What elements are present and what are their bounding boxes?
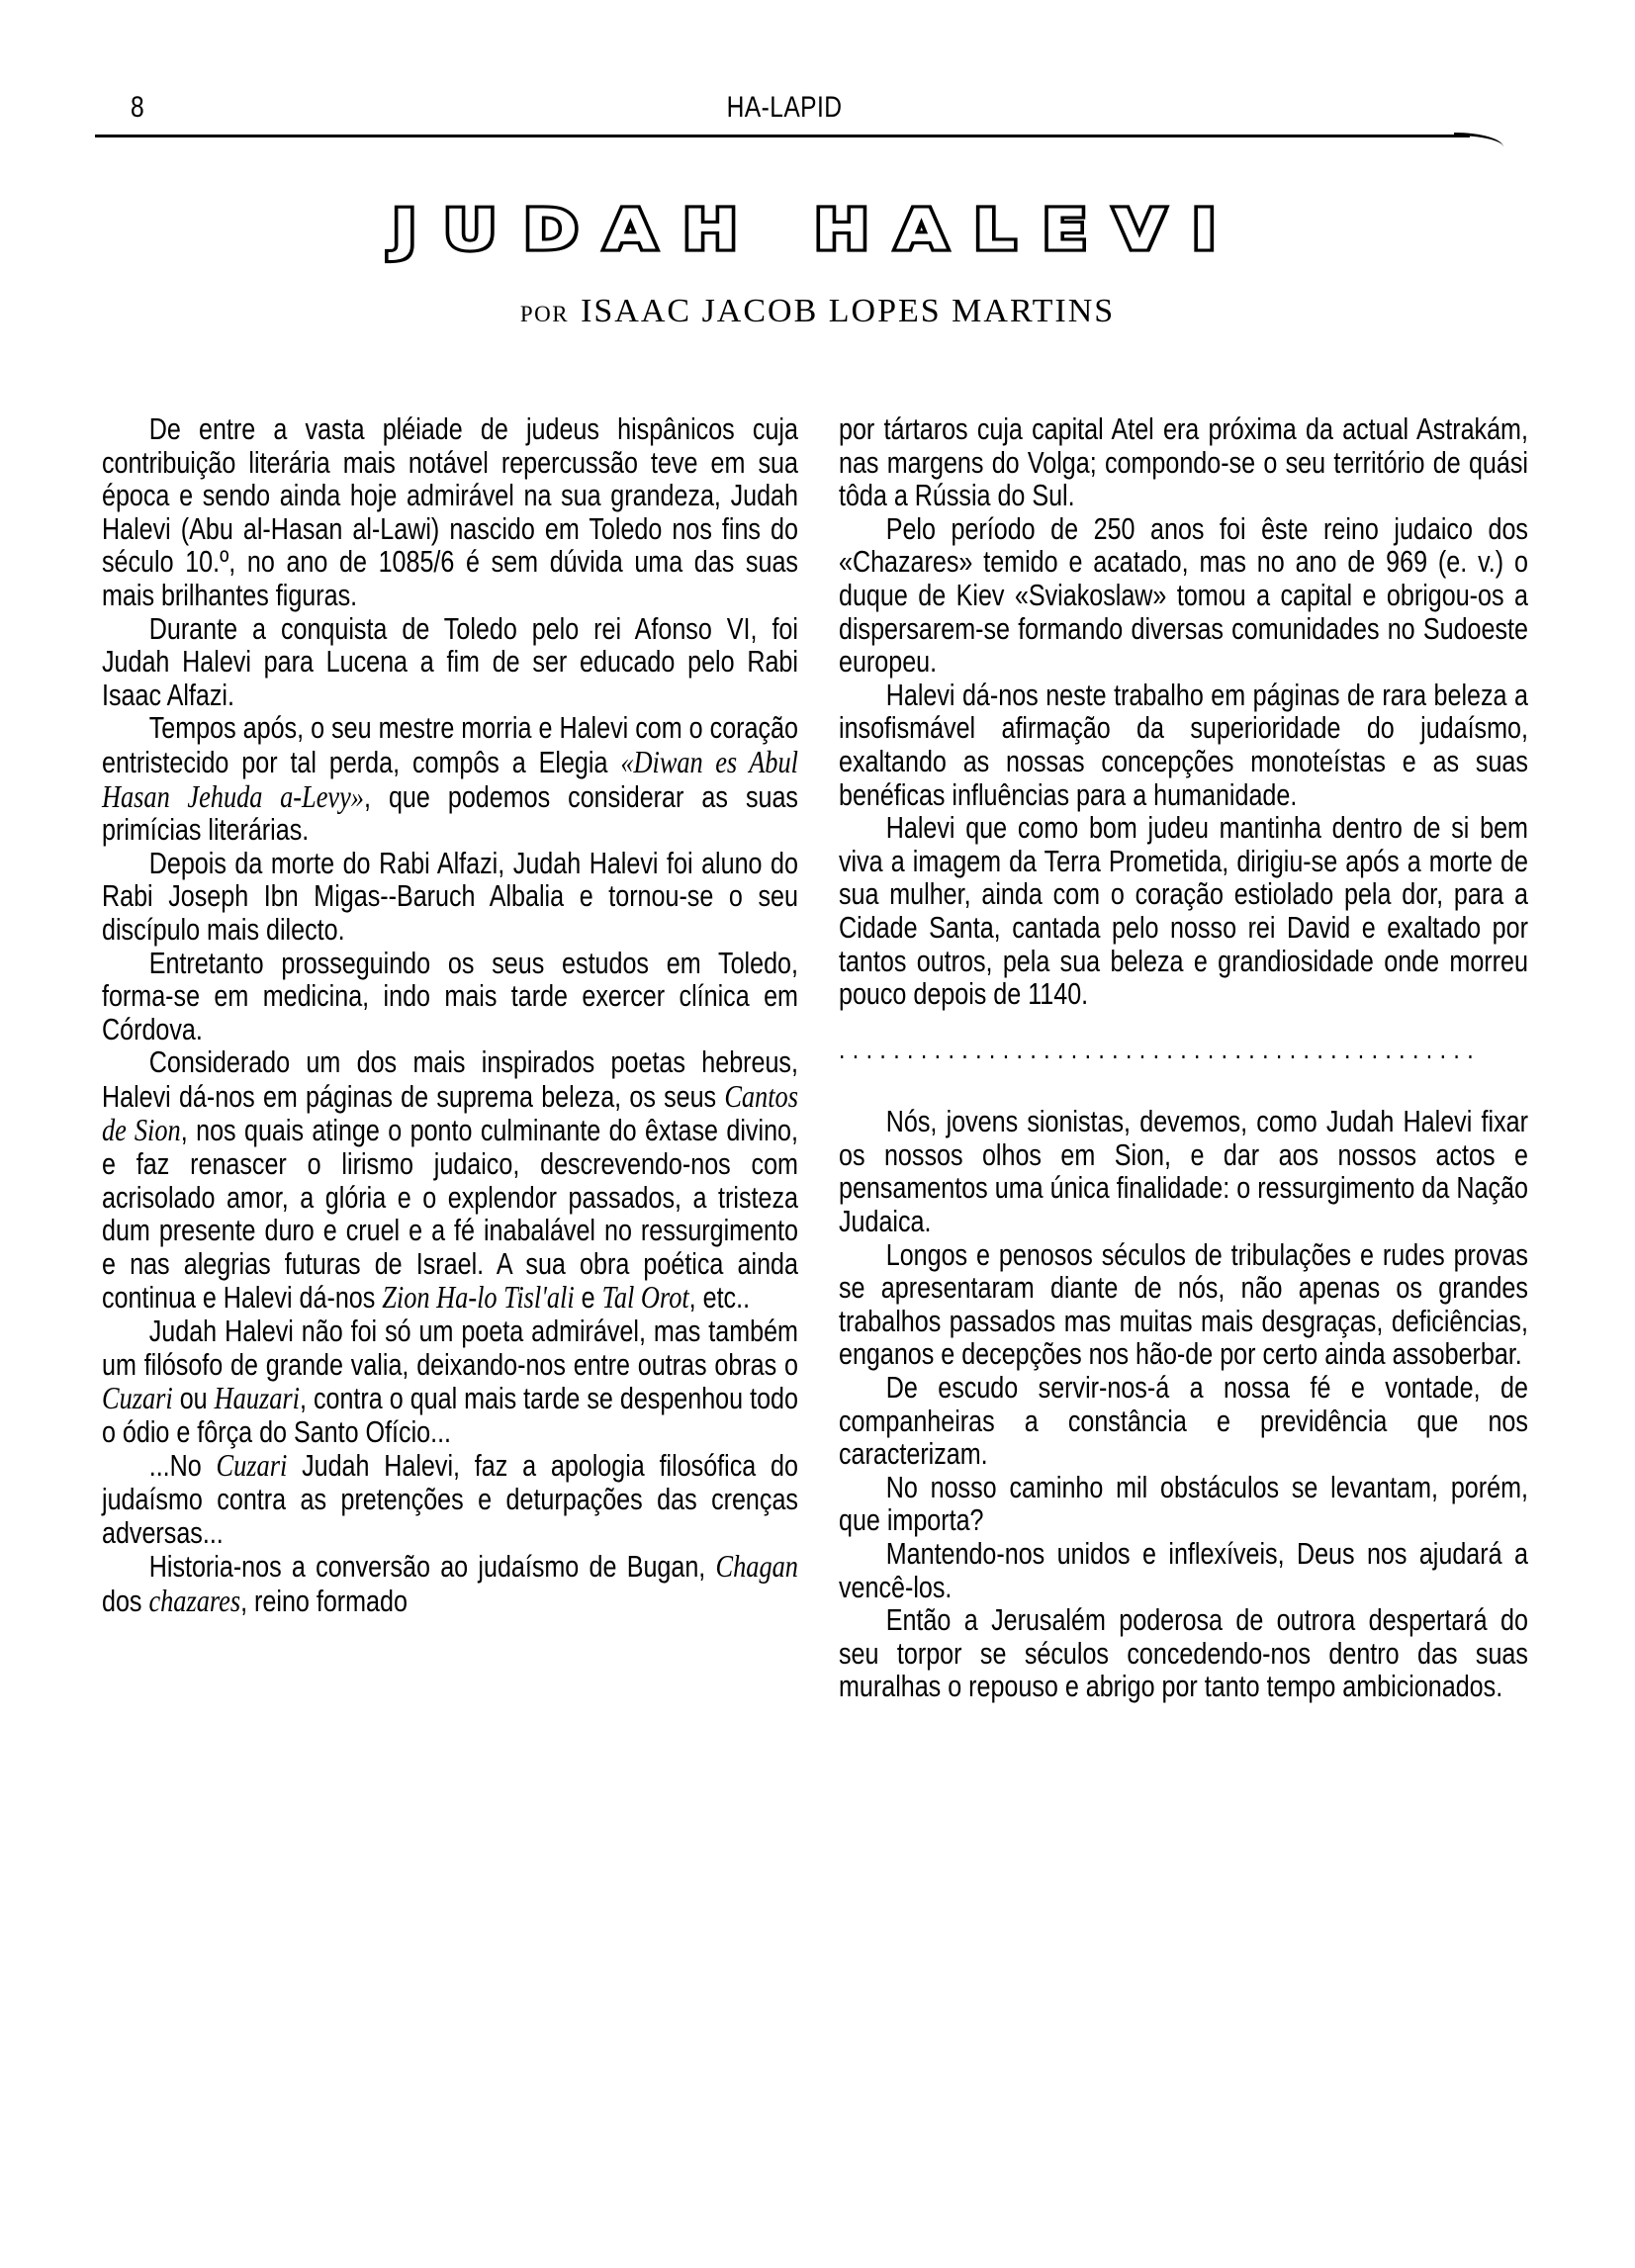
paragraph-text: e <box>575 1281 602 1315</box>
byline: PORISAAC JACOB LOPES MARTINS <box>0 293 1635 330</box>
paragraph-text: De entre a vasta pléiade de judeus hispâ… <box>102 412 798 612</box>
paragraph: Longos e penosos séculos de tribulações … <box>839 1239 1528 1372</box>
paragraph: Halevi que como bom judeu mantinha dentr… <box>839 812 1528 1012</box>
right-column-text: por tártaros cuja capital Atel era próxi… <box>839 413 1528 1704</box>
paragraph: Depois da morte do Rabi Alfazi, Judah Ha… <box>102 848 798 948</box>
work-title: Cuzari <box>217 1447 288 1483</box>
paragraph-text: Nós, jovens sionistas, devemos, como Jud… <box>839 1105 1528 1238</box>
paragraph: Considerado um dos mais inspirados poeta… <box>102 1046 798 1315</box>
paragraph-text: Durante a conquista de Toledo pelo rei A… <box>102 612 798 712</box>
paragraph-text: No nosso caminho mil obstáculos se levan… <box>839 1471 1528 1538</box>
paragraph: De entre a vasta pléiade de judeus hispâ… <box>102 413 798 613</box>
paragraph-text: Considerado um dos mais inspirados poeta… <box>102 1045 798 1114</box>
paragraph-text: Entretanto prosseguindo os seus estudos … <box>102 947 798 1046</box>
work-title: Hauzari <box>215 1380 300 1415</box>
journal-name: HA-LAPID <box>219 91 1349 125</box>
paragraph: Nós, jovens sionistas, devemos, como Jud… <box>839 1106 1528 1238</box>
paragraph-text: Então a Jerusalém poderosa de outrora de… <box>839 1603 1528 1703</box>
paragraph: No nosso caminho mil obstáculos se levan… <box>839 1472 1528 1538</box>
work-title: Cuzari <box>102 1380 173 1415</box>
article-title: JUDAH HALEVI <box>0 198 1635 262</box>
paragraph-text: ou <box>173 1382 215 1415</box>
paragraph: Historia-nos a conversão ao judaísmo de … <box>102 1550 798 1618</box>
paragraph-text: Judah Halevi não foi só um poeta admiráv… <box>102 1315 798 1382</box>
paragraph-text: Mantendo-nos unidos e inflexíveis, Deus … <box>839 1537 1528 1604</box>
paragraph: Durante a conquista de Toledo pelo rei A… <box>102 613 798 713</box>
paragraph-text: Historia-nos a conversão ao judaísmo de … <box>149 1550 716 1584</box>
paragraph-continued: por tártaros cuja capital Atel era próxi… <box>839 413 1528 513</box>
paragraph-text: , reino formado <box>240 1585 408 1618</box>
paragraph-text: dos <box>102 1585 148 1618</box>
paragraph: Tempos após, o seu mestre morria e Halev… <box>102 712 798 847</box>
paragraph-text: Depois da morte do Rabi Alfazi, Judah Ha… <box>102 847 798 947</box>
paragraph-text: De escudo servir-nos-á a nossa fé e vont… <box>839 1371 1528 1471</box>
paragraph-text: por tártaros cuja capital Atel era próxi… <box>839 412 1528 512</box>
paragraph-text: Pelo período de 250 anos foi êste reino … <box>839 512 1528 679</box>
header-rule <box>95 135 1470 137</box>
left-column: De entre a vasta pléiade de judeus hispâ… <box>102 413 798 1618</box>
author-name: ISAAC JACOB LOPES MARTINS <box>581 293 1115 329</box>
left-column-text: De entre a vasta pléiade de judeus hispâ… <box>102 413 798 1618</box>
italic-term: Chagan <box>716 1548 798 1584</box>
work-title: Tal Orot <box>602 1279 689 1315</box>
paragraph: Judah Halevi não foi só um poeta admiráv… <box>102 1315 798 1449</box>
paragraph: Então a Jerusalém poderosa de outrora de… <box>839 1604 1528 1704</box>
work-title: Zion Ha-lo Tisl'ali <box>382 1279 574 1315</box>
right-column: por tártaros cuja capital Atel era próxi… <box>839 413 1528 1704</box>
italic-term: chazares <box>148 1583 240 1618</box>
paragraph-text: ...No <box>149 1449 217 1483</box>
paragraph-text: Halevi que como bom judeu mantinha dentr… <box>839 811 1528 1011</box>
page-number: 8 <box>131 91 144 125</box>
running-head: 8 HA-LAPID <box>95 91 1474 135</box>
paragraph-text: Longos e penosos séculos de tribulações … <box>839 1238 1528 1372</box>
byline-prefix: POR <box>520 302 569 326</box>
paragraph: De escudo servir-nos-á a nossa fé e vont… <box>839 1372 1528 1472</box>
header-rule-tail <box>1454 133 1503 149</box>
paragraph: Pelo período de 250 anos foi êste reino … <box>839 513 1528 680</box>
paragraph-text: , etc.. <box>689 1281 750 1315</box>
paragraph: Mantendo-nos unidos e inflexíveis, Deus … <box>839 1538 1528 1604</box>
section-separator-dots: ........................................… <box>839 1040 1528 1073</box>
paragraph: Entretanto prosseguindo os seus estudos … <box>102 948 798 1047</box>
paragraph: ...No Cuzari Judah Halevi, faz a apologi… <box>102 1449 798 1550</box>
paragraph: Halevi dá-nos neste trabalho em páginas … <box>839 680 1528 812</box>
paragraph-text: Halevi dá-nos neste trabalho em páginas … <box>839 679 1528 812</box>
